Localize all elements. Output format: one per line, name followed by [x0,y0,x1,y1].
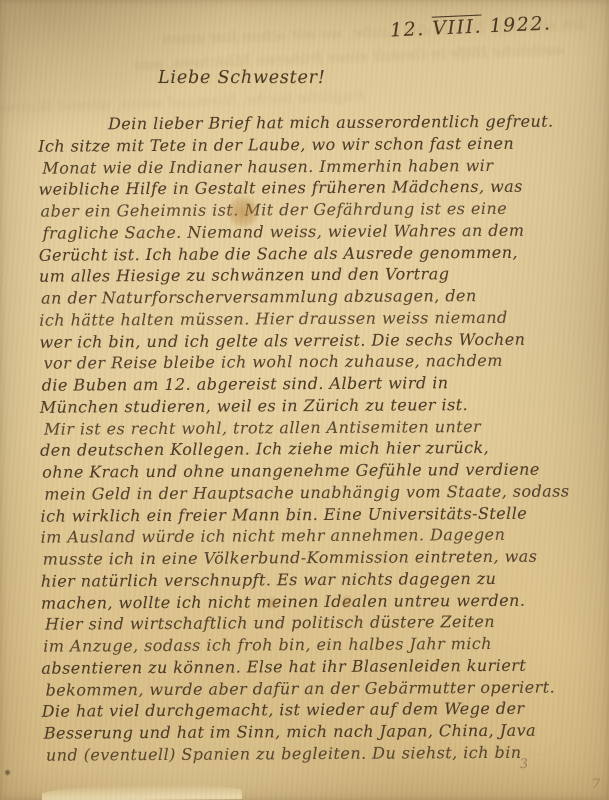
letter-line: im Anzuge, sodass ich froh bin, ein halb… [43,632,596,657]
bleedthrough-ghost-writing: weibliche Hilfe in Gestalt eines frühere… [205,41,565,72]
pencil-mark: 3 [519,757,529,773]
letter-page: Ich sitze mit Tete in der Laube, wo wir … [0,0,609,800]
letter-line: vor der Reise bleibe ich wohl noch zuhau… [43,350,594,375]
letter-line: musste ich in eine Völkerbund-Kommission… [43,545,596,570]
paper-speck [5,770,10,775]
paper-edge-tear [42,784,242,800]
letter-body: Dein lieber Brief hat mich ausserordentl… [38,110,597,766]
letter-line: Mir ist es recht wohl, trotz allen Antis… [44,415,595,440]
letter-date-day: 12. [389,18,425,41]
pencil-mark: 7 [592,777,600,792]
letter-date-month: VIII. [431,16,482,40]
letter-line: Gerücht ist. Ich habe die Sache als Ausr… [39,241,594,266]
letter-salutation: Liebe Schwester! [158,68,326,88]
letter-date: 12. VIII. 1922. [389,12,551,41]
letter-line: fragliche Sache. Niemand weiss, wieviel … [43,219,594,244]
letter-line: und (eventuell) Spanien zu begleiten. Du… [46,741,597,766]
letter-line: bekommen, wurde aber dafür an der Gebärm… [45,676,596,701]
letter-line: mein Geld in der Hauptsache unabhängig v… [44,480,595,505]
letter-line: Dein lieber Brief hat mich ausserordentl… [40,110,593,135]
letter-date-year: 1922. [489,12,552,37]
letter-line: Monat wie die Indianer hausen. Immerhin … [42,154,593,179]
letter-line: ich hätte halten müssen. Hier draussen w… [39,306,594,331]
